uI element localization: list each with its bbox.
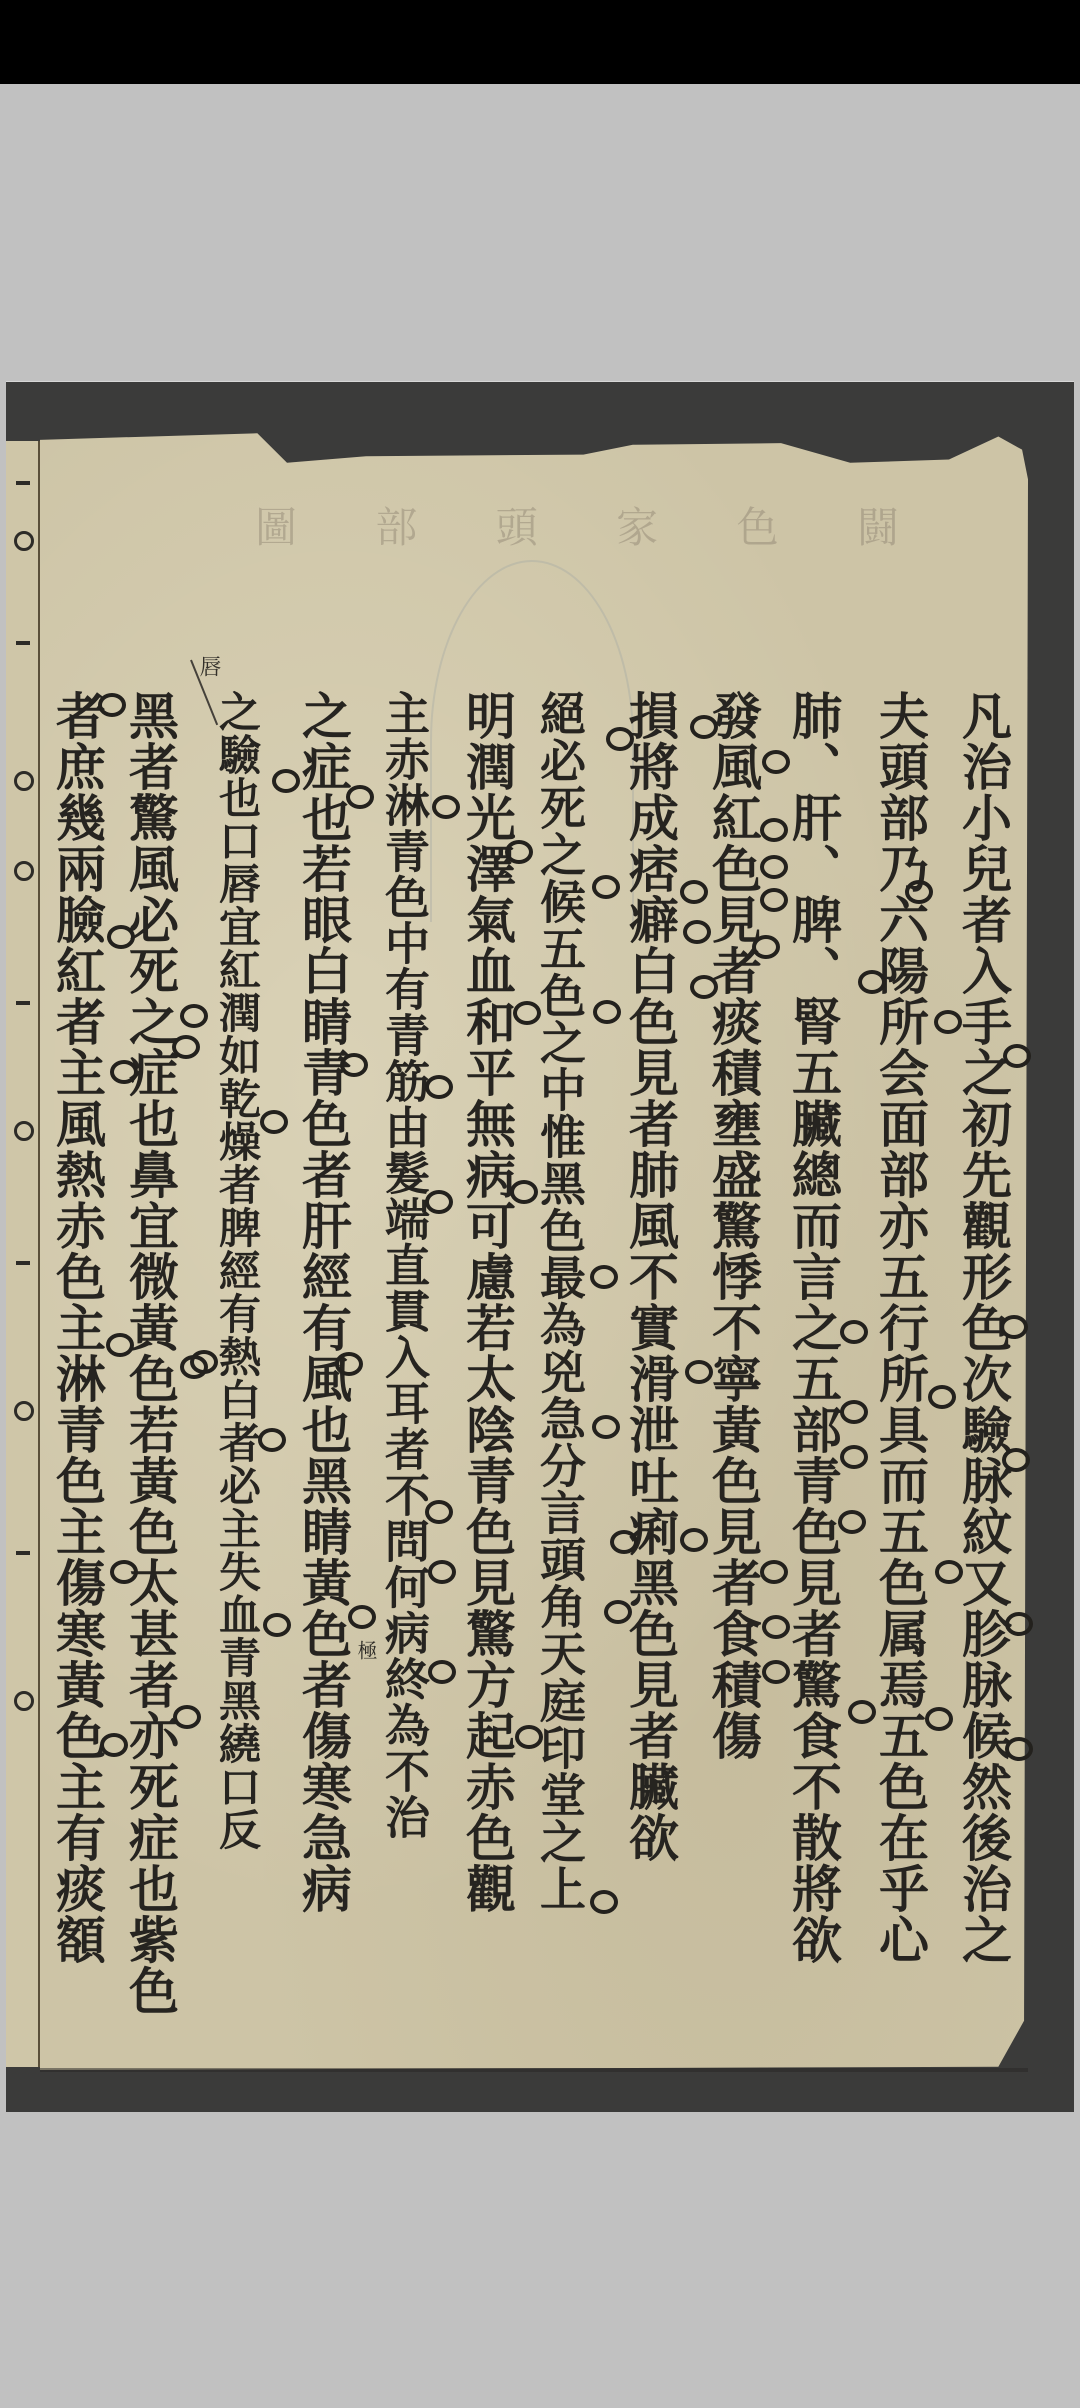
punctuation-circle-icon bbox=[348, 1605, 376, 1629]
adjacent-page-edge bbox=[6, 441, 40, 2067]
punctuation-circle-icon bbox=[683, 920, 711, 944]
text-column-3: 肺、肝、脾、腎五臟總而言之五部青色見者驚食不散將欲 bbox=[780, 690, 846, 1965]
ink-mark bbox=[16, 1001, 30, 1005]
punctuation-circle-icon bbox=[513, 1001, 541, 1025]
punctuation-circle-icon bbox=[925, 1707, 953, 1731]
punctuation-circle-icon bbox=[272, 769, 300, 793]
text-column-7: 明潤光澤氣血和平無病可慮若太陰青色見驚方起赤色觀 bbox=[454, 690, 520, 1914]
punctuation-circle-icon bbox=[258, 1428, 286, 1452]
punctuation-circle-icon bbox=[762, 750, 790, 774]
punctuation-circle-icon bbox=[100, 1733, 128, 1757]
punctuation-circle-icon bbox=[110, 1560, 138, 1584]
text-column-12: 者庶幾兩臉紅者主風熱赤色主淋青色主傷寒黃色主有痰額 bbox=[44, 690, 110, 1965]
punctuation-circle-icon bbox=[760, 855, 788, 879]
circle-mark-icon bbox=[14, 1691, 34, 1711]
punctuation-circle-icon bbox=[98, 693, 126, 717]
punctuation-circle-icon bbox=[680, 1528, 708, 1552]
punctuation-circle-icon bbox=[428, 1660, 456, 1684]
punctuation-circle-icon bbox=[838, 1510, 866, 1534]
punctuation-circle-icon bbox=[928, 1385, 956, 1409]
small-annotation: 極 bbox=[352, 1640, 381, 1660]
ink-mark bbox=[16, 1261, 30, 1265]
punctuation-circle-icon bbox=[592, 875, 620, 899]
punctuation-circle-icon bbox=[762, 1615, 790, 1639]
punctuation-circle-icon bbox=[760, 1560, 788, 1584]
punctuation-circle-icon bbox=[934, 1010, 962, 1034]
faint-char: 頭 bbox=[496, 495, 544, 555]
text-column-9: 之症也若眼白睛青色者肝經有風也黑睛黃色者傷寒急病 bbox=[290, 690, 356, 1914]
faint-char: 圖 bbox=[255, 495, 303, 555]
punctuation-circle-icon bbox=[510, 1180, 538, 1204]
punctuation-circle-icon bbox=[593, 1000, 621, 1024]
ink-mark bbox=[16, 481, 30, 485]
punctuation-circle-icon bbox=[858, 970, 886, 994]
punctuation-circle-icon bbox=[1000, 1315, 1028, 1339]
punctuation-circle-icon bbox=[840, 1400, 868, 1424]
text-column-5: 損將成痞癖白色見者肺風不實滑泄吐痢黑色見者臟欲 bbox=[617, 690, 683, 1863]
page-bottom-edge bbox=[40, 2068, 1028, 2072]
ink-mark bbox=[16, 641, 30, 645]
punctuation-circle-icon bbox=[335, 1352, 363, 1376]
punctuation-circle-icon bbox=[760, 888, 788, 912]
punctuation-circle-icon bbox=[848, 1700, 876, 1724]
punctuation-circle-icon bbox=[610, 1530, 638, 1554]
punctuation-circle-icon bbox=[762, 1660, 790, 1684]
punctuation-circle-icon bbox=[1002, 1448, 1030, 1472]
margin-annotation: 唇 bbox=[193, 655, 224, 677]
punctuation-circle-icon bbox=[173, 1705, 201, 1729]
faint-char: 色 bbox=[737, 495, 785, 555]
text-column-10: 之驗也口唇宜紅潤如乾燥者脾經有熱白者必主失血青黑繞口反 bbox=[204, 690, 270, 1851]
ink-mark bbox=[16, 1551, 30, 1555]
punctuation-circle-icon bbox=[425, 1190, 453, 1214]
circle-mark-icon bbox=[14, 861, 34, 881]
status-bar bbox=[0, 0, 1080, 84]
text-column-8: 主赤淋青色中有青筋由髮端直貫入耳者不問何病終為不治 bbox=[370, 690, 436, 1840]
punctuation-circle-icon bbox=[935, 1560, 963, 1584]
punctuation-circle-icon bbox=[690, 975, 718, 999]
punctuation-circle-icon bbox=[428, 1560, 456, 1584]
punctuation-circle-icon bbox=[840, 1445, 868, 1469]
punctuation-circle-icon bbox=[515, 1725, 543, 1749]
punctuation-circle-icon bbox=[107, 925, 135, 949]
circle-mark-icon bbox=[14, 531, 34, 551]
punctuation-circle-icon bbox=[432, 795, 460, 819]
faint-char: 家 bbox=[616, 495, 664, 555]
punctuation-circle-icon bbox=[905, 880, 933, 904]
punctuation-circle-icon bbox=[425, 1500, 453, 1524]
punctuation-circle-icon bbox=[1005, 1737, 1033, 1761]
faint-char: 部 bbox=[375, 495, 423, 555]
punctuation-circle-icon bbox=[840, 1320, 868, 1344]
punctuation-circle-icon bbox=[606, 727, 634, 751]
bleed-through-header: 圖 部 頭 家 色 闘 bbox=[255, 495, 905, 555]
punctuation-circle-icon bbox=[590, 1265, 618, 1289]
text-column-4: 發風紅色見者痰積壅盛驚悸不寧黃色見者食積傷 bbox=[700, 690, 766, 1761]
circle-mark-icon bbox=[14, 771, 34, 791]
punctuation-circle-icon bbox=[172, 1035, 200, 1059]
faint-char: 闘 bbox=[857, 495, 905, 555]
punctuation-circle-icon bbox=[340, 1053, 368, 1077]
punctuation-circle-icon bbox=[760, 818, 788, 842]
punctuation-circle-icon bbox=[180, 1355, 208, 1379]
punctuation-circle-icon bbox=[590, 1890, 618, 1914]
punctuation-circle-icon bbox=[1003, 1044, 1031, 1068]
punctuation-circle-icon bbox=[346, 785, 374, 809]
punctuation-circle-icon bbox=[263, 1613, 291, 1637]
punctuation-circle-icon bbox=[685, 1360, 713, 1384]
punctuation-circle-icon bbox=[604, 1600, 632, 1624]
punctuation-circle-icon bbox=[106, 1333, 134, 1357]
circle-mark-icon bbox=[14, 1121, 34, 1141]
punctuation-circle-icon bbox=[260, 1110, 288, 1134]
circle-mark-icon bbox=[14, 1401, 34, 1421]
punctuation-circle-icon bbox=[1005, 1612, 1033, 1636]
punctuation-circle-icon bbox=[110, 1060, 138, 1084]
punctuation-circle-icon bbox=[680, 880, 708, 904]
punctuation-circle-icon bbox=[425, 1075, 453, 1099]
punctuation-circle-icon bbox=[752, 935, 780, 959]
punctuation-circle-icon bbox=[592, 1415, 620, 1439]
punctuation-circle-icon bbox=[505, 840, 533, 864]
punctuation-circle-icon bbox=[690, 715, 718, 739]
punctuation-circle-icon bbox=[180, 1004, 208, 1028]
